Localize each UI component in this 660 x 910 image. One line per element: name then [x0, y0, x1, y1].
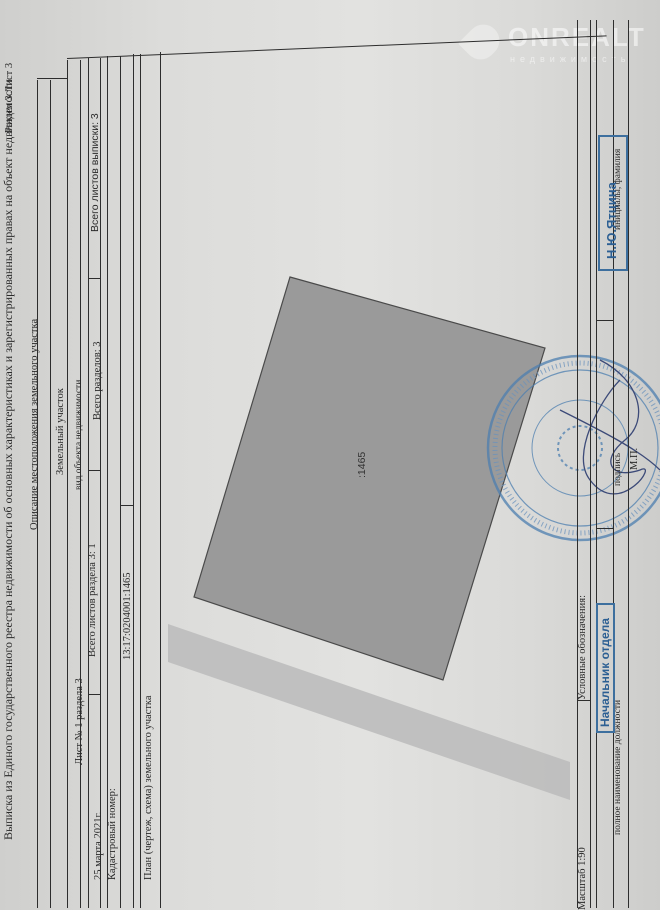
frame-line [590, 20, 591, 908]
document-title: Выписка из Единого государственного реес… [2, 79, 14, 840]
total-sections: Всего разделов: 3 [93, 342, 104, 420]
parcel-number-label: :1465 [357, 452, 368, 478]
cadastral-label: Кадастровый номер: [108, 788, 119, 880]
signature-caption: подпись [614, 453, 624, 486]
frame-line [120, 56, 121, 908]
extract-date: 25 марта 2021г. [94, 812, 105, 880]
object-type-value: Земельный участок [56, 388, 67, 475]
cell-divider [596, 320, 613, 321]
cell-divider [577, 700, 590, 701]
plan-label: План (чертеж, схема) земельного участка [144, 695, 155, 880]
position-value: Начальник отдела [599, 618, 611, 727]
watermark-logo: ONREALT недвижимость [448, 20, 648, 70]
frame-line [133, 54, 134, 908]
frame-line [67, 60, 68, 908]
frame-line [160, 52, 161, 908]
object-type-caption: вид объекта недвижимости [75, 380, 85, 490]
sheet-number: Лист № 1 раздела 3 [75, 678, 86, 765]
position-caption: полное наименование должности [614, 700, 624, 835]
name-caption: инициалы, фамилия [614, 149, 624, 230]
section-sheet-label: Раздел 3 Лист 3 [5, 63, 16, 133]
frame-line [37, 78, 67, 79]
frame-line [596, 20, 597, 908]
cell-divider [120, 505, 133, 506]
frame-line [107, 56, 108, 908]
section-subtitle: Описание местоположения земельного участ… [30, 319, 41, 530]
sheets-in-section: Всего листов раздела 3: 1 [88, 543, 99, 657]
cell-divider [88, 278, 100, 279]
frame-line [37, 80, 38, 908]
cell-divider [596, 528, 613, 529]
frame-line [50, 80, 51, 908]
legend-label: Условные обозначения: [578, 595, 589, 700]
scale-label: Масштаб 1:90 [578, 847, 589, 910]
cadastral-number: 13:17:0204001:1465 [123, 572, 134, 660]
seal-caption: М.П. [630, 448, 641, 470]
frame-line [577, 20, 578, 908]
frame-line [140, 54, 141, 908]
cell-divider [88, 694, 100, 695]
total-extract-sheets: Всего листов выписки: 3 [90, 113, 101, 232]
cell-divider [88, 470, 100, 471]
